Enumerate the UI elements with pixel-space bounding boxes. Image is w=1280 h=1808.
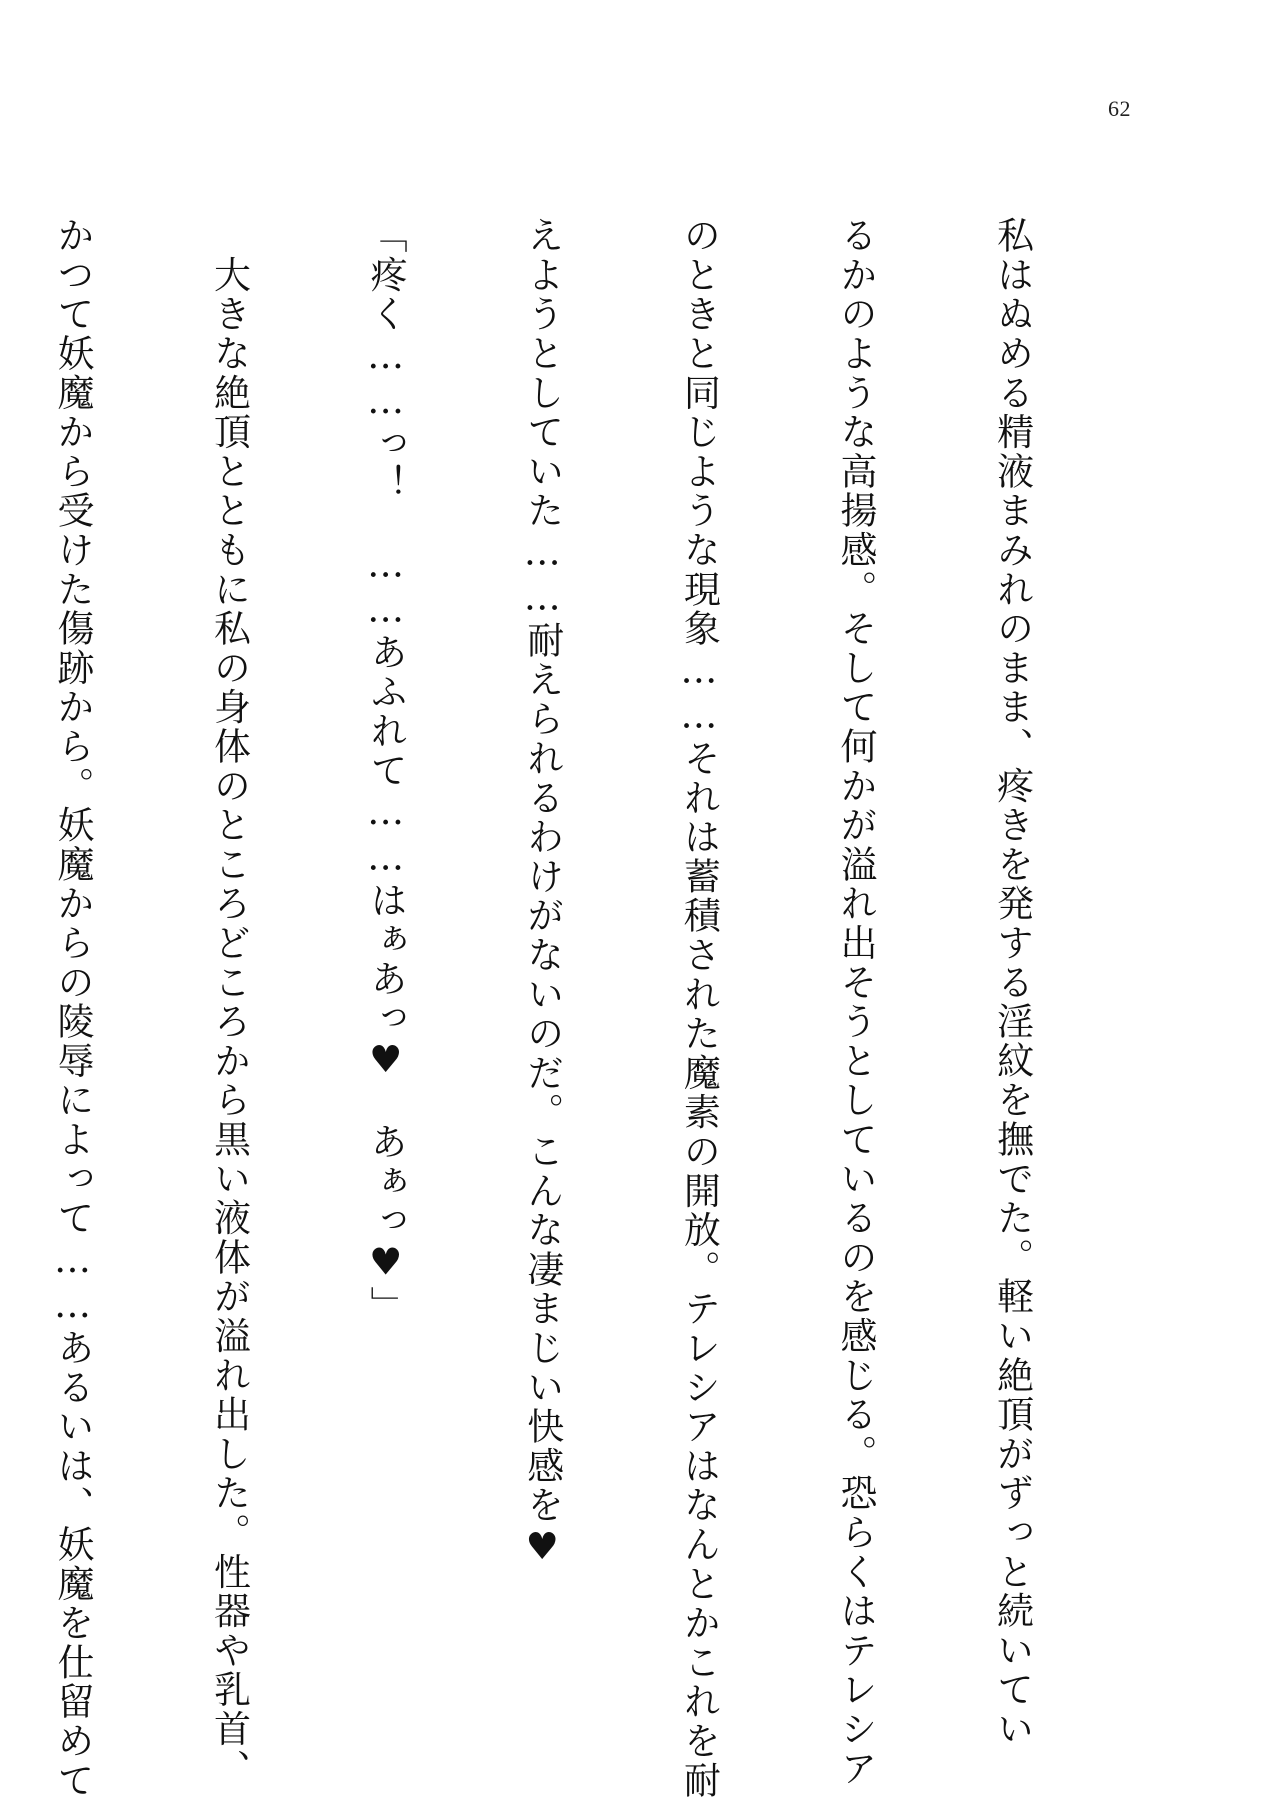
dialogue-line: 「疼く……っ！ ……あふれて……はぁあっ♥ あぁっ♥」 [359,216,411,1696]
text-line: 私はぬめる精液まみれのまま、疼きを発する淫紋を撫でた。軽い絶頂がずっと続いてい [985,216,1037,1696]
text-line: るかのような高揚感。そして何かが溢れ出そうとしているのを感じる。恐らくはテレシア [829,216,881,1696]
page-number: 62 [1108,96,1131,122]
text-line: かつて妖魔から受けた傷跡から。妖魔からの陵辱によって……あるいは、妖魔を仕留めて [46,216,98,1696]
vertical-text-body: 私はぬめる精液まみれのまま、疼きを発する淫紋を撫でた。軽い絶頂がずっと続いてい … [0,216,1142,1696]
text-line: えようとしていた……耐えられるわけがないのだ。こんな凄まじい快感を♥ [516,216,568,1696]
text-line: 大きな絶頂とともに私の身体のところどころから黒い液体が溢れ出した。性器や乳首、 [202,216,254,1696]
text-line: のときと同じような現象……それは蓄積された魔素の開放。テレシアはなんとかこれを耐 [672,216,724,1696]
